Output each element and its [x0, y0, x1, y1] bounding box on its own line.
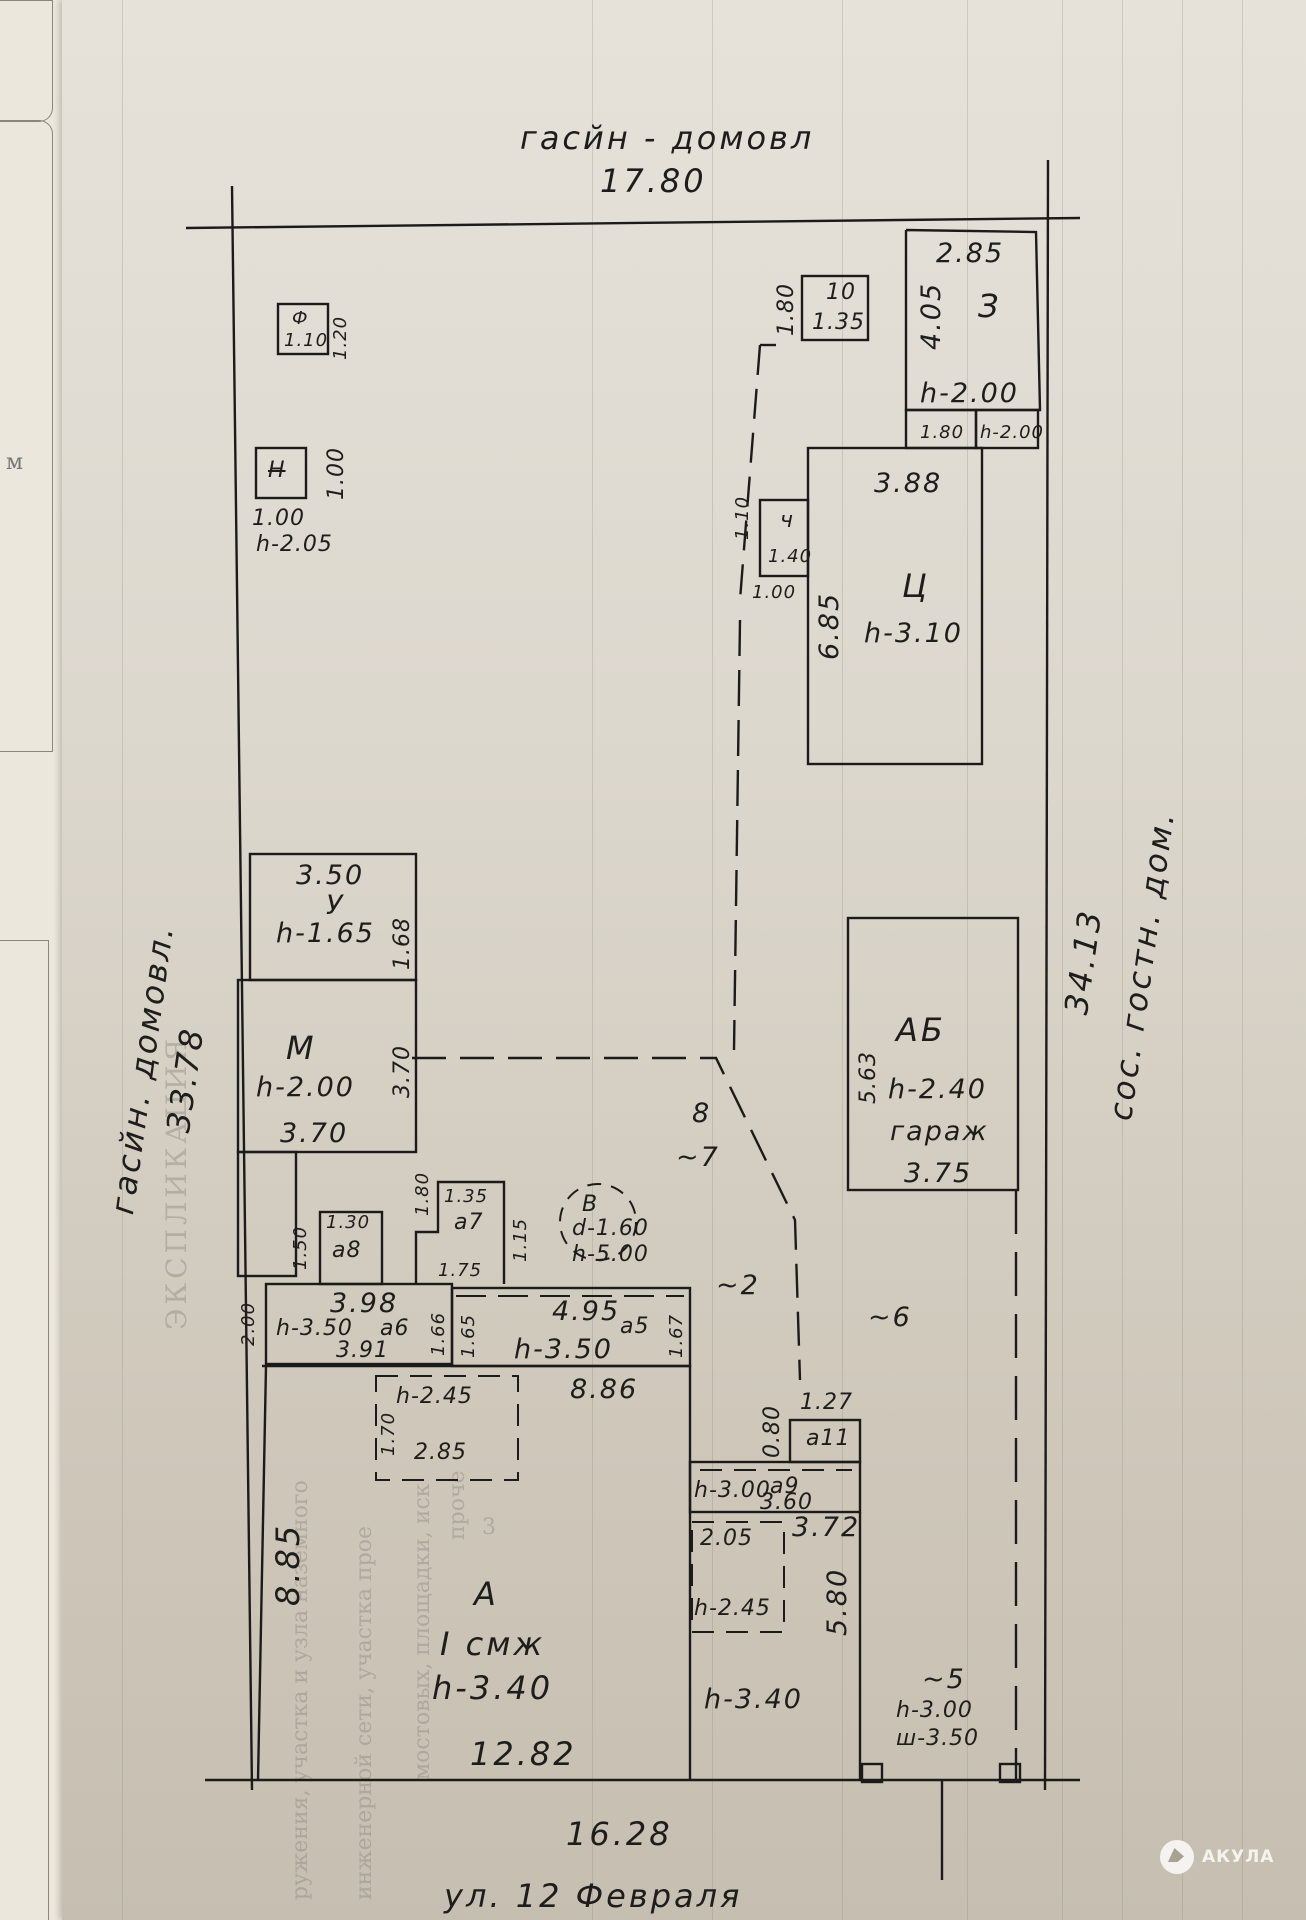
gate-width: ш-3.50 [896, 1728, 979, 1750]
annex-a11-dim-2: 0.80 [762, 1405, 784, 1458]
annex-a8-id: а8 [332, 1240, 361, 1262]
cellar-annex-height: h-2.45 [694, 1598, 771, 1620]
building-ts-dim-2: 6.85 [816, 592, 843, 660]
garage-ab-dim-1: 3.75 [904, 1160, 972, 1187]
building-ch-id: ч [780, 510, 794, 532]
annex-a8-dim-1: 1.30 [326, 1214, 370, 1232]
house-a-outline [262, 1366, 690, 1780]
building-z-annex-dim: 1.80 [920, 424, 964, 442]
annex-a6-height: h-3.50 [276, 1318, 353, 1340]
annex-a5-id: а5 [620, 1316, 649, 1338]
shed-f-dim-1: 1.10 [284, 332, 328, 350]
boundary-left [232, 186, 252, 1790]
annex-a6-side: 2.00 [240, 1302, 258, 1346]
building-ch-dim-3: 1.10 [734, 496, 752, 540]
boundary-right [1045, 160, 1048, 1790]
garage-ab-id: АБ [896, 1014, 946, 1046]
annex-a11-id: а11 [806, 1428, 850, 1450]
shed-n-dim-1: 1.00 [252, 508, 305, 530]
street-name: ул. 12 Февраля [444, 1880, 742, 1912]
house-a-id: А [474, 1578, 499, 1610]
garage-ab-height: h-2.40 [888, 1076, 987, 1103]
building-z-id: З [978, 290, 1002, 322]
well-v-id: В [582, 1194, 598, 1216]
building-ts-dim-1: 3.88 [874, 470, 942, 497]
annex-a6-dim-3: 1.66 [430, 1312, 448, 1356]
yard-marker-2: ~2 [716, 1272, 760, 1299]
building-m-lower [238, 1152, 296, 1276]
shed-n-height: h-2.05 [256, 534, 333, 556]
building-z-dim-1: 2.85 [936, 240, 1004, 267]
yard-marker-6: ~6 [868, 1304, 912, 1331]
building-u-height: h-1.65 [276, 920, 375, 947]
fence-upper [740, 345, 760, 600]
well-v-diameter: d-1.60 [572, 1218, 649, 1240]
building-u-dim-1: 3.50 [296, 862, 364, 889]
annex-a7-id: а7 [454, 1212, 483, 1234]
annex-a9-dim: 3.60 [760, 1492, 813, 1514]
gate-marker: ~5 [922, 1666, 966, 1693]
shed-n-dim-2: 1.00 [326, 447, 348, 500]
shed-10-dim-2: 1.80 [776, 283, 798, 336]
building-z-dim-2: 4.05 [918, 282, 945, 350]
watermark-text: АКУЛА [1202, 1847, 1274, 1867]
annex-a5-dim-3: 1.67 [668, 1314, 686, 1358]
well-v-depth: h-5.00 [572, 1244, 649, 1266]
house-a-dim-top: 8.86 [570, 1376, 638, 1403]
cellar-a-height: h-2.45 [396, 1386, 473, 1408]
annex-a6-id: а6 [380, 1318, 409, 1340]
annex-a11-dim-1: 1.27 [800, 1392, 853, 1414]
bottom-boundary-length: 16.28 [566, 1818, 673, 1850]
building-ts-height: h-3.10 [864, 620, 963, 647]
annex-a6-dim-2: 3.91 [336, 1340, 389, 1362]
house-a-height: h-3.40 [432, 1672, 553, 1704]
shed-f-id: Ф [292, 310, 309, 328]
annex-a7-dim-2: 1.75 [438, 1262, 482, 1280]
building-ch-dim-1: 1.40 [768, 548, 812, 566]
house-a-dim-bottom: 12.82 [470, 1738, 577, 1770]
shed-10-dim-1: 1.35 [812, 312, 865, 334]
cellar-a-dim-2: 2.85 [414, 1442, 467, 1464]
annex-a7-dim-1: 1.35 [444, 1188, 488, 1206]
building-u-dim-2: 1.68 [392, 917, 414, 970]
house-a-dim-left: 8.85 [272, 1523, 304, 1606]
building-z-height: h-2.00 [920, 380, 1019, 407]
annex-a5-dim-1: 4.95 [552, 1298, 620, 1325]
building-m-id: М [286, 1032, 317, 1064]
top-boundary-label: гасйн - домовл [520, 122, 814, 154]
building-m-height: h-2.00 [256, 1074, 355, 1101]
building-ch-dim-2: 1.00 [752, 584, 796, 602]
annex-a7-dim-3: 1.15 [512, 1218, 530, 1262]
shark-logo-icon [1160, 1840, 1194, 1874]
fence-mid [734, 620, 740, 1050]
annex-a5-height: h-3.50 [514, 1336, 613, 1363]
cellar-a-dim-1: 1.70 [380, 1412, 398, 1456]
annex-a6-dim-1: 3.98 [330, 1290, 398, 1317]
a-annex-dim-1: 3.72 [792, 1514, 860, 1541]
gate-height: h-3.00 [896, 1700, 973, 1722]
shed-n-id: Н [268, 460, 286, 482]
building-ts-id: Ц [902, 570, 930, 602]
annex-a7-dim-4: 1.80 [414, 1172, 432, 1216]
yard-marker-7: ~7 [676, 1144, 720, 1171]
boundary-top [186, 218, 1080, 228]
building-m-dim-1: 3.70 [392, 1045, 414, 1098]
house-a-label: I смж [440, 1628, 545, 1660]
shed-10-id: 10 [826, 282, 856, 304]
garage-ab-dim-2: 5.63 [858, 1051, 880, 1104]
annex-a5-dim-2: 1.65 [460, 1314, 478, 1358]
shed-f-dim-2: 1.20 [332, 316, 350, 360]
building-m-dim-2: 3.70 [280, 1120, 348, 1147]
site-plan-drawing [0, 0, 1306, 1920]
a-annex-dim-2: 5.80 [824, 1568, 851, 1636]
a-annex-height: h-3.40 [704, 1686, 803, 1713]
garage-ab-label: гараж [890, 1118, 989, 1145]
annex-a8-dim-2: 1.50 [292, 1226, 310, 1270]
akula-watermark: АКУЛА [1160, 1840, 1274, 1874]
cellar-annex-dim: 2.05 [700, 1528, 753, 1550]
building-u-id: У [326, 892, 344, 919]
building-z-annex-height: h-2.00 [980, 424, 1044, 442]
top-boundary-length: 17.80 [600, 165, 707, 197]
yard-marker-8: 8 [692, 1100, 711, 1127]
